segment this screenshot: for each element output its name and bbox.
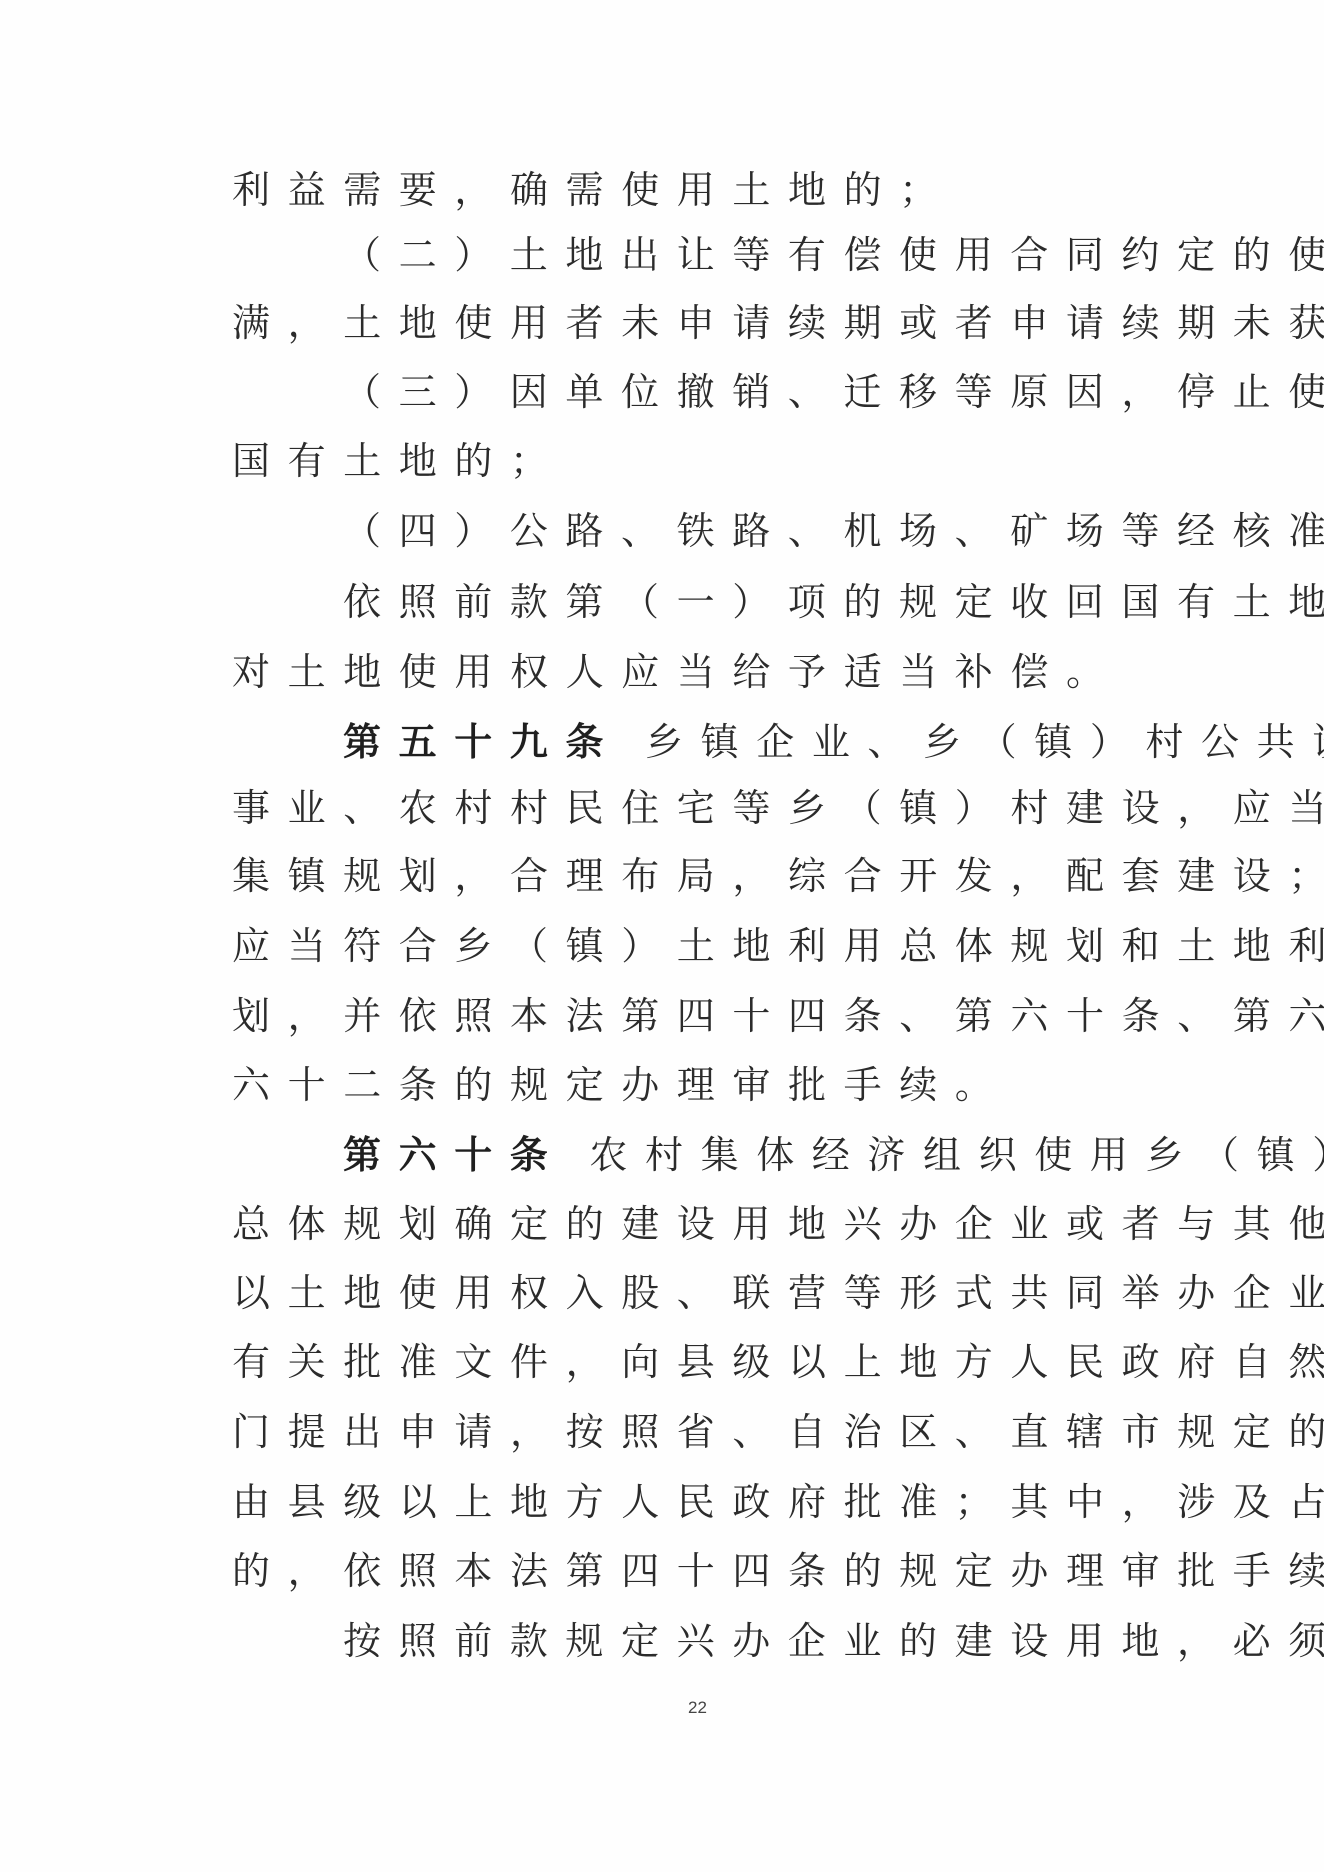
text-line: 以土地使用权入股、联营等形式共同举办企业的，应当持 bbox=[232, 1265, 1324, 1321]
article-60-text: 农村集体经济组织使用乡（镇）土地利用 bbox=[589, 1133, 1324, 1177]
text-line: 满，土地使用者未申请续期或者申请续期未获批准的； bbox=[232, 295, 1324, 351]
article-59-text: 乡镇企业、乡（镇）村公共设施、公益 bbox=[645, 720, 1324, 764]
article-60-first-line: 第六十条农村集体经济组织使用乡（镇）土地利用 bbox=[343, 1127, 1324, 1183]
document-page: 利益需要，确需使用土地的； （二）土地出让等有偿使用合同约定的使用期限届 满，土… bbox=[0, 0, 1324, 1872]
text-line: 国有土地的； bbox=[232, 433, 566, 489]
text-line: 六十二条的规定办理审批手续。 bbox=[232, 1057, 1010, 1113]
text-line: 门提出申请，按照省、自治区、直辖市规定的批准权限， bbox=[232, 1404, 1324, 1460]
text-line: 的，依照本法第四十四条的规定办理审批手续。 bbox=[232, 1543, 1324, 1599]
text-line: 划，并依照本法第四十四条、第六十条、第六十一条、第 bbox=[232, 988, 1324, 1044]
text-line: 对土地使用权人应当给予适当补偿。 bbox=[232, 644, 1122, 700]
text-line: 有关批准文件，向县级以上地方人民政府自然资源主管部 bbox=[232, 1334, 1324, 1390]
article-60-heading: 第六十条 bbox=[343, 1132, 565, 1177]
list-item-2: （二）土地出让等有偿使用合同约定的使用期限届 bbox=[343, 227, 1324, 283]
text-line: 应当符合乡（镇）土地利用总体规划和土地利用年度计 bbox=[232, 918, 1324, 974]
text-line: 集镇规划，合理布局，综合开发，配套建设；建设用地， bbox=[232, 848, 1324, 904]
text-line: 事业、农村村民住宅等乡（镇）村建设，应当按照村庄和 bbox=[232, 780, 1324, 836]
list-item-3: （三）因单位撤销、迁移等原因，停止使用原划拨的 bbox=[343, 364, 1324, 420]
text-line: 利益需要，确需使用土地的； bbox=[232, 162, 955, 218]
list-item-4: （四）公路、铁路、机场、矿场等经核准报废的。 bbox=[343, 503, 1324, 559]
paragraph-start: 按照前款规定兴办企业的建设用地，必须严格控制。 bbox=[343, 1613, 1324, 1669]
text-line: 由县级以上地方人民政府批准；其中，涉及占用农用地 bbox=[232, 1474, 1324, 1530]
article-59-heading: 第五十九条 bbox=[343, 719, 621, 764]
text-line: 总体规划确定的建设用地兴办企业或者与其他单位、个人 bbox=[232, 1196, 1324, 1252]
paragraph-start: 依照前款第（一）项的规定收回国有土地使用权的， bbox=[343, 574, 1324, 630]
article-59-first-line: 第五十九条乡镇企业、乡（镇）村公共设施、公益 bbox=[343, 714, 1324, 770]
page-number: 22 bbox=[0, 1698, 1324, 1718]
